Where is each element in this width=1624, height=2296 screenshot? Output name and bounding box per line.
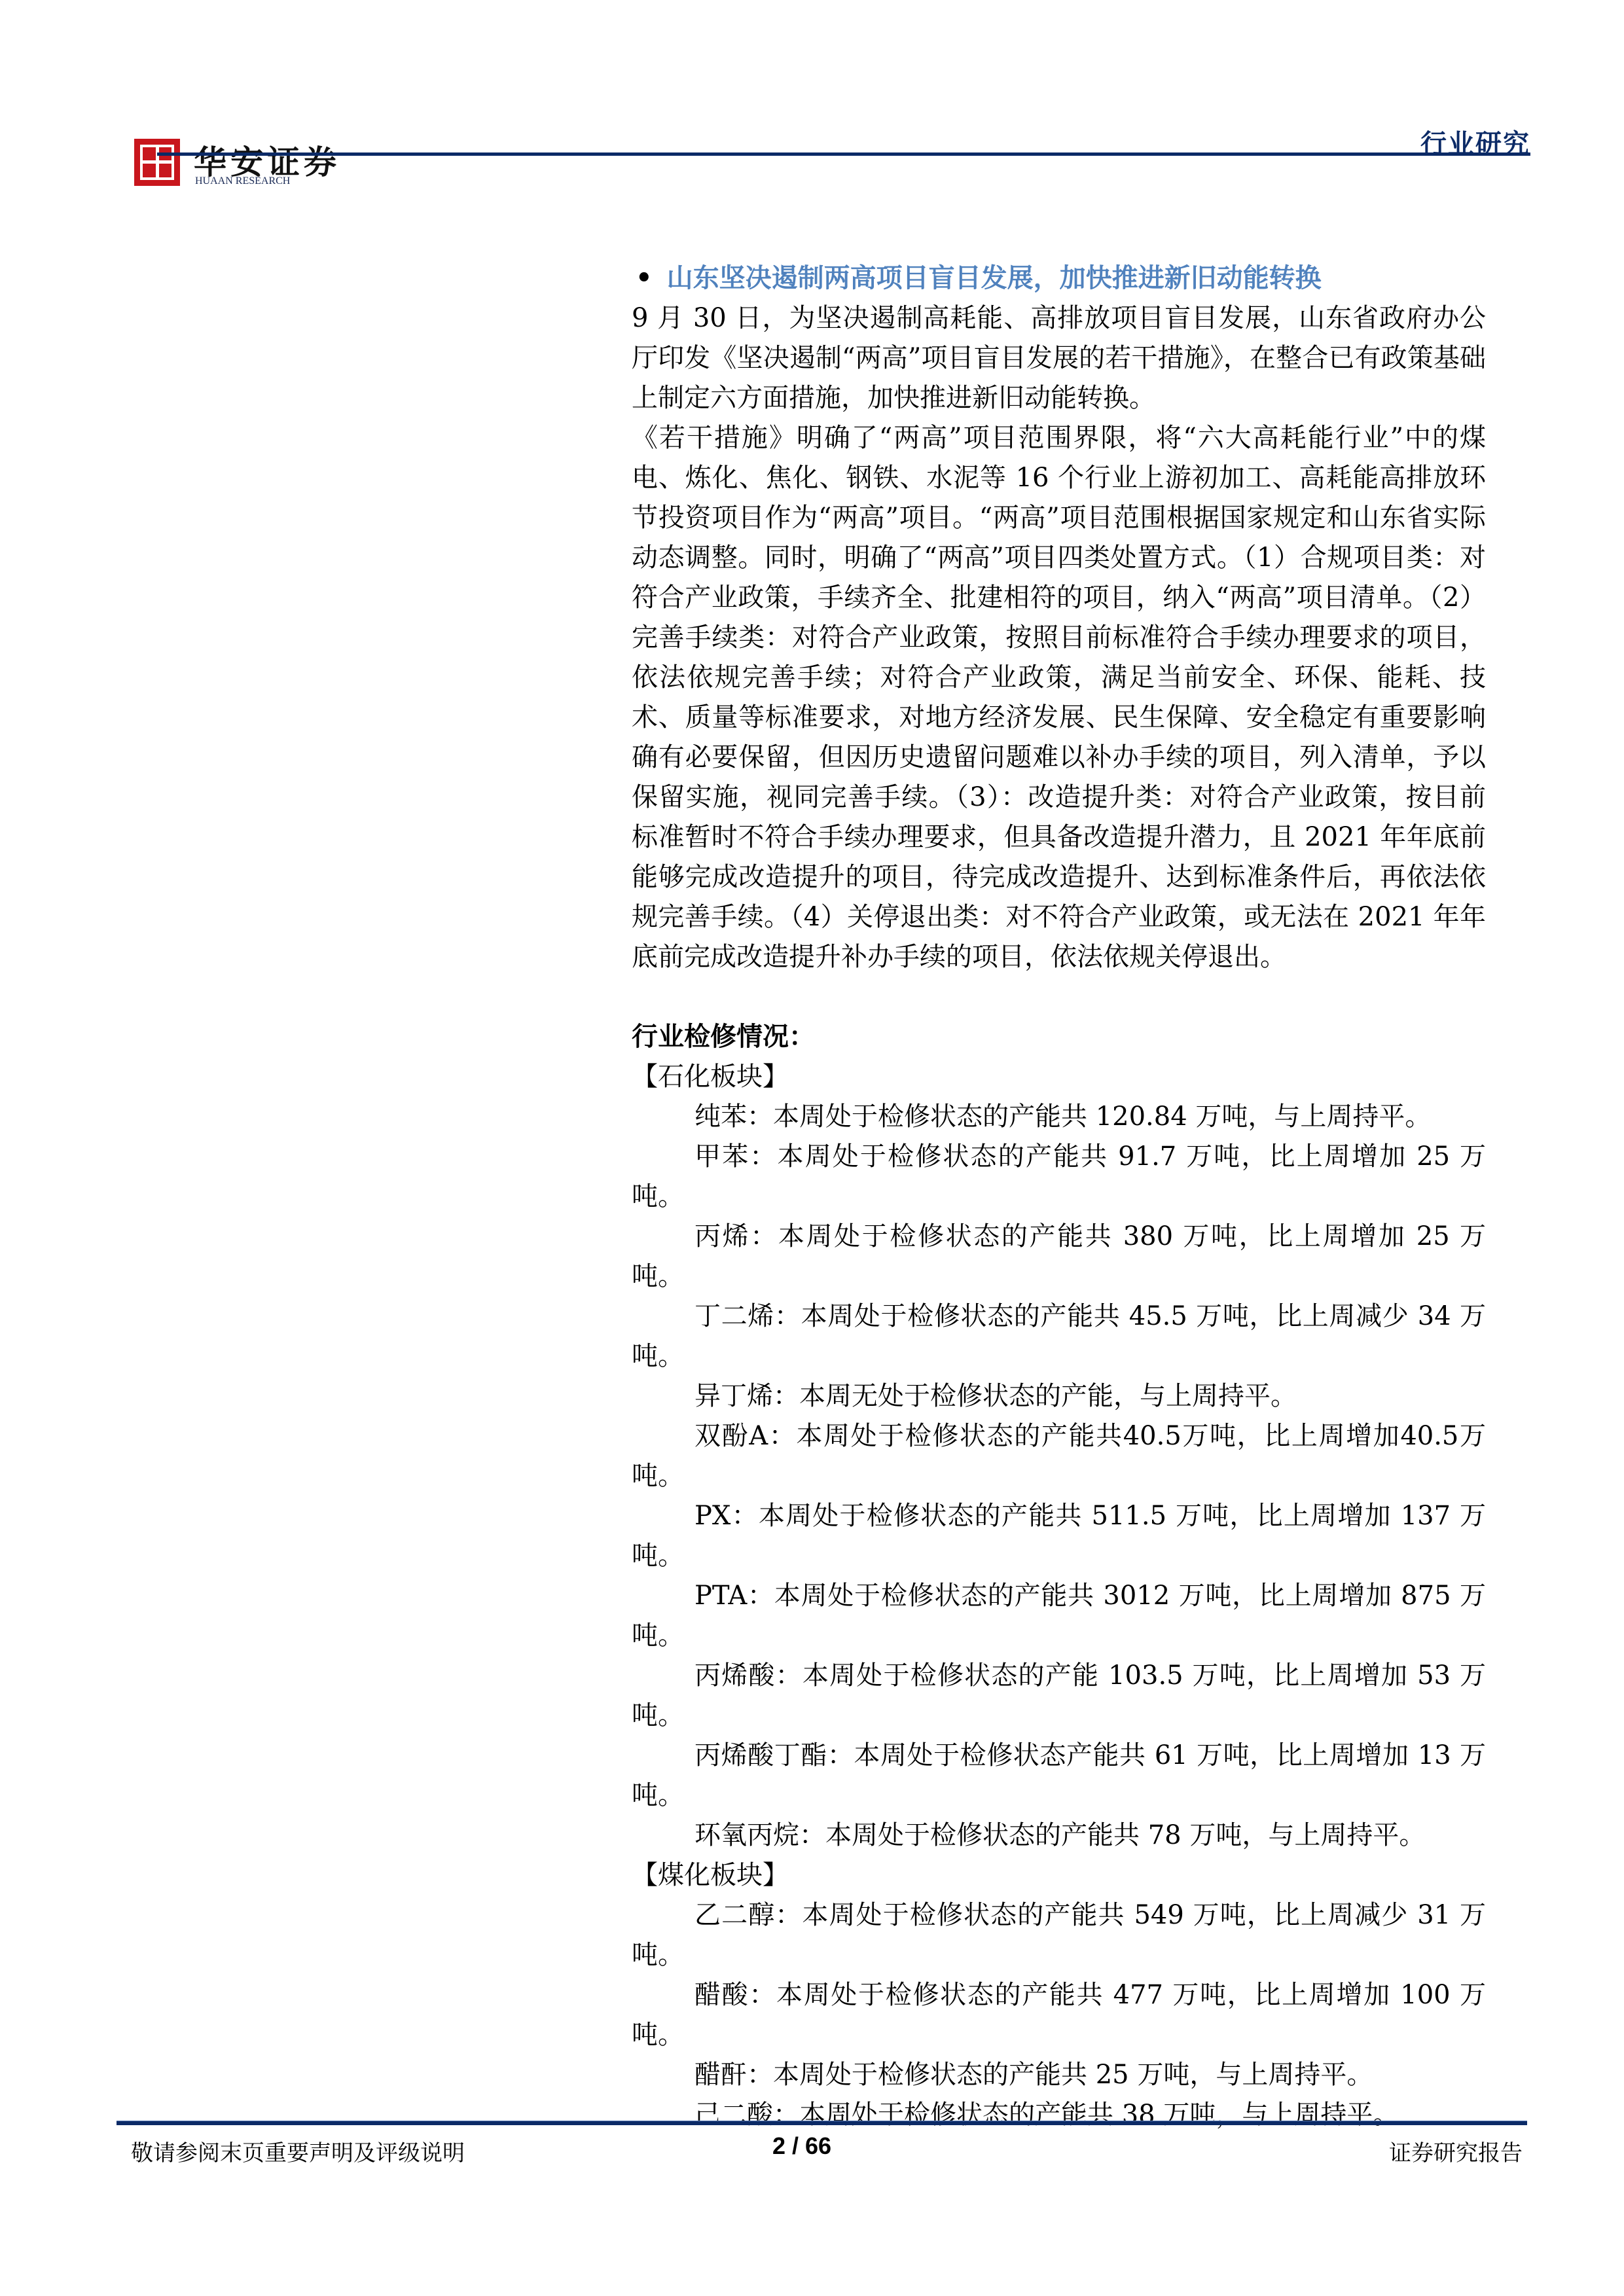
main-content: •山东坚决遏制两高项目盲目发展，加快推进新旧动能转换 9 月 30 日，为坚决遏… xyxy=(632,259,1486,2135)
logo-bar-vertical xyxy=(156,145,159,180)
list-item: PTA：本周处于检修状态的产能共 3012 万吨，比上周增加 875 万吨。 xyxy=(632,1576,1486,1656)
list-item: 环氧丙烷：本周处于检修状态的产能共 78 万吨，与上周持平。 xyxy=(632,1816,1486,1856)
list-item: 纯苯：本周处于检修状态的产能共 120.84 万吨，与上周持平。 xyxy=(632,1097,1486,1137)
bullet-icon: • xyxy=(636,263,653,293)
footer-divider xyxy=(117,2121,1527,2125)
sector-label: 【煤化板块】 xyxy=(632,1856,1486,1895)
list-item: PX：本周处于检修状态的产能共 511.5 万吨，比上周增加 137 万吨。 xyxy=(632,1496,1486,1576)
maintenance-heading: 行业检修情况： xyxy=(632,1017,1486,1057)
paragraph: 9 月 30 日，为坚决遏制高耗能、高排放项目盲目发展，山东省政府办公厅印发《坚… xyxy=(632,298,1486,418)
huaan-logo-icon xyxy=(134,139,180,186)
list-item: 醋酸：本周处于检修状态的产能共 477 万吨，比上周增加 100 万吨。 xyxy=(632,1975,1486,2055)
list-item: 双酚A：本周处于检修状态的产能共40.5万吨，比上周增加40.5万吨。 xyxy=(632,1416,1486,1496)
list-item: 异丁烯：本周无处于检修状态的产能，与上周持平。 xyxy=(632,1376,1486,1416)
spacer xyxy=(632,977,1486,1017)
section-tag: 行业研究 xyxy=(1420,123,1530,160)
sector-label: 【石化板块】 xyxy=(632,1057,1486,1097)
list-item: 甲苯：本周处于检修状态的产能共 91.7 万吨，比上周增加 25 万吨。 xyxy=(632,1137,1486,1217)
brand-name-en: HUAAN RESEARCH xyxy=(195,175,290,187)
list-item: 醋酐：本周处于检修状态的产能共 25 万吨，与上周持平。 xyxy=(632,2055,1486,2095)
bullet-heading: •山东坚决遏制两高项目盲目发展，加快推进新旧动能转换 xyxy=(632,259,1486,298)
header-divider xyxy=(157,152,1530,156)
page-number: 2 / 66 xyxy=(772,2132,831,2160)
list-item: 己二酸：本周处于检修状态的产能共 38 万吨，与上周持平。 xyxy=(632,2095,1486,2135)
footer-disclaimer: 敬请参阅末页重要声明及评级说明 xyxy=(131,2135,465,2167)
list-item: 丙烯：本周处于检修状态的产能共 380 万吨，比上周增加 25 万吨。 xyxy=(632,1217,1486,1297)
list-item: 丙烯酸：本周处于检修状态的产能 103.5 万吨，比上周增加 53 万吨。 xyxy=(632,1656,1486,1736)
footer-doc-type: 证券研究报告 xyxy=(1389,2135,1523,2167)
list-item: 丁二烯：本周处于检修状态的产能共 45.5 万吨，比上周减少 34 万吨。 xyxy=(632,1297,1486,1376)
list-item: 乙二醇：本周处于检修状态的产能共 549 万吨，比上周减少 31 万吨。 xyxy=(632,1895,1486,1975)
paragraph: 《若干措施》明确了“两高”项目范围界限，将“六大高耗能行业”中的煤电、炼化、焦化… xyxy=(632,418,1486,977)
list-item: 丙烯酸丁酯：本周处于检修状态产能共 61 万吨，比上周增加 13 万吨。 xyxy=(632,1736,1486,1816)
bullet-heading-text: 山东坚决遏制两高项目盲目发展，加快推进新旧动能转换 xyxy=(667,263,1322,293)
